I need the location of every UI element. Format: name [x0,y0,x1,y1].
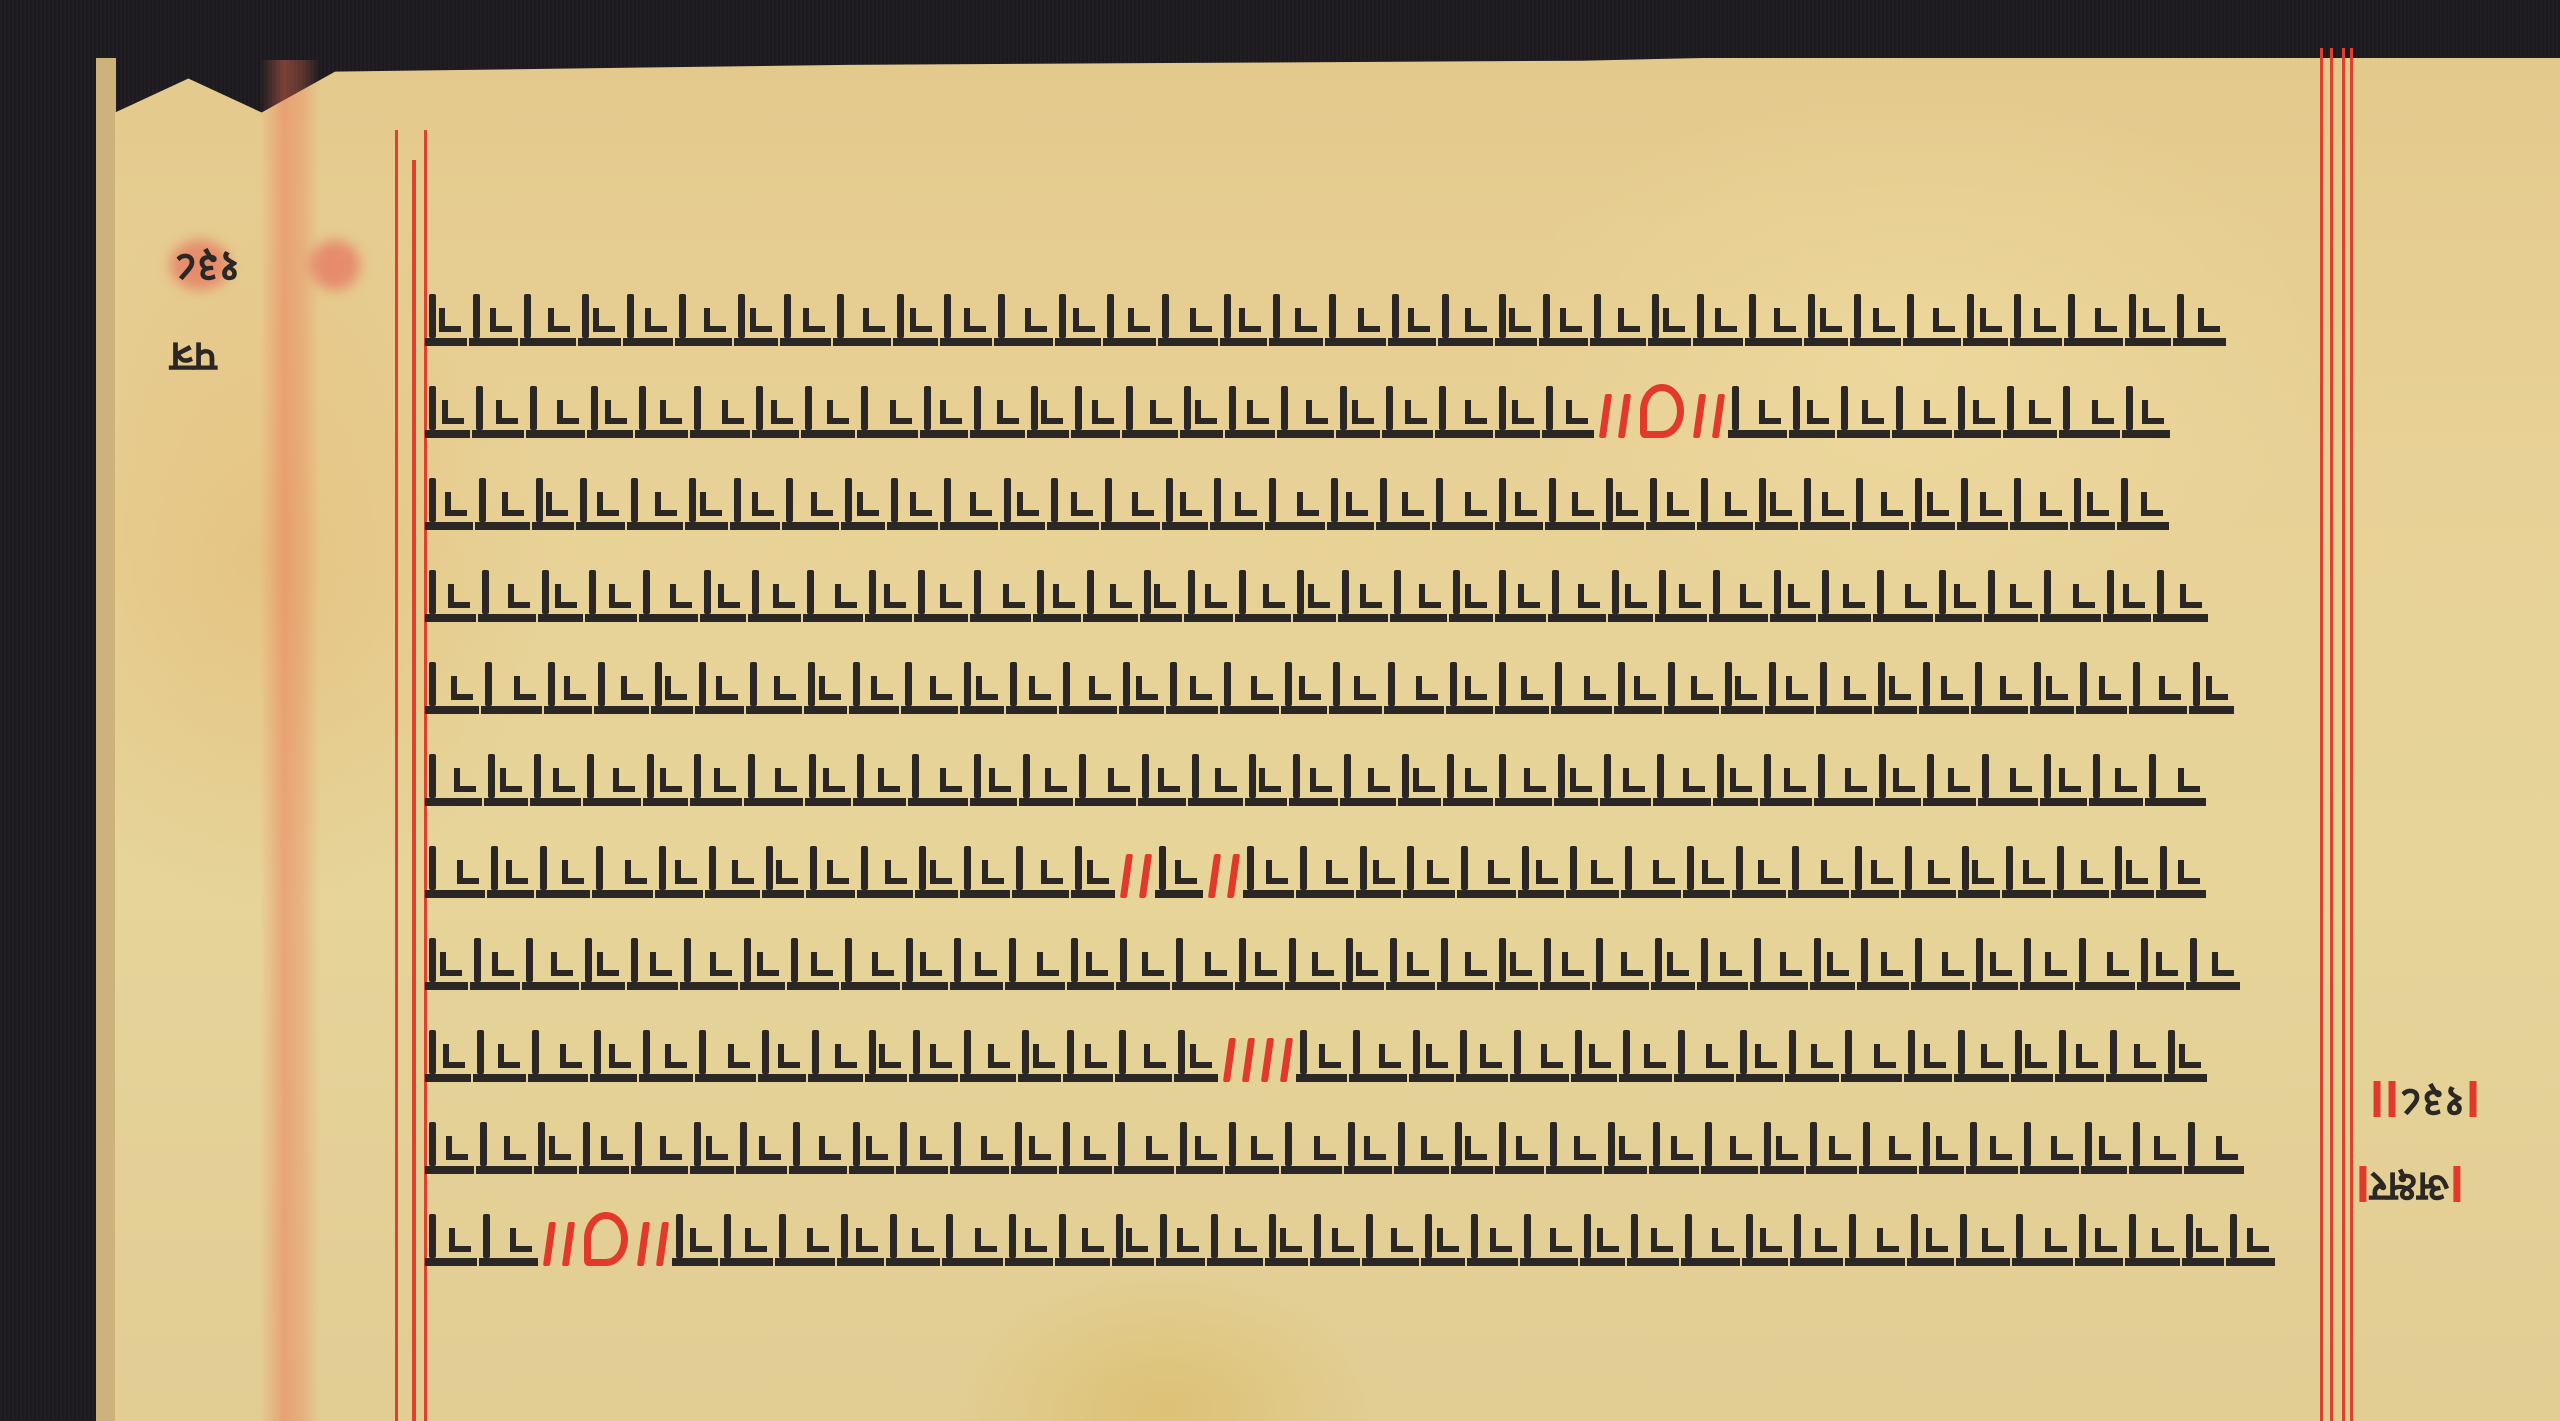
glyph [2040,752,2087,806]
glyph [475,476,530,530]
glyph [746,660,802,714]
glyph [849,1120,894,1174]
glyph [1156,1212,1205,1266]
glyph [1166,660,1218,714]
glyph [893,292,938,346]
glyph [1435,384,1493,438]
glyph [2040,568,2101,622]
glyph [2076,660,2127,714]
glyph [1790,1212,1843,1266]
glyph [1874,660,1917,714]
glyph [534,1120,577,1174]
glyph [1114,1120,1174,1174]
glyph [1788,844,1849,898]
glyph [865,1028,907,1082]
glyph [1005,936,1065,990]
glyph [1327,476,1374,530]
glyph [1495,384,1540,438]
glyph [734,292,778,346]
glyph [1693,292,1743,346]
glyph [425,844,485,898]
glyph [594,660,649,714]
glyph [544,660,592,714]
glyph [675,292,732,346]
glyph [1112,1212,1154,1266]
glyph [1919,1120,1964,1174]
glyph [1901,844,1956,898]
glyph [1277,384,1334,438]
glyph [1907,1212,1954,1266]
paper-edge [96,58,116,1421]
glyph [1602,476,1644,530]
glyph [1540,936,1590,990]
folio-number-right: १३८ [2370,1075,2481,1132]
glyph [1000,476,1045,530]
glyph [2226,1212,2275,1266]
danda-mark [656,1222,669,1266]
glyph [484,752,528,806]
glyph [1325,292,1386,346]
glyph [1984,568,2038,622]
glyph [672,1212,718,1266]
glyph [1067,936,1114,990]
glyph [1957,476,2008,530]
glyph [2156,844,2206,898]
glyph [627,936,678,990]
glyph [1103,292,1156,346]
glyph [695,660,744,714]
glyph [690,1120,734,1174]
glyph [1653,752,1711,806]
glyph [1619,1028,1672,1082]
glyph [857,384,918,438]
glyph [1810,936,1855,990]
glyph [1390,568,1447,622]
glyph [901,660,958,714]
glyph [950,1120,1009,1174]
glyph [627,476,683,530]
glyph [1398,752,1441,806]
glyph [705,844,760,898]
text-line [425,834,2315,898]
glyph [2189,660,2234,714]
glyph [849,660,899,714]
glyph [1911,476,1955,530]
glyph [469,292,518,346]
glyph [1852,476,1909,530]
glyph [680,936,738,990]
glyph [470,936,520,990]
danda-mark [1280,1038,1293,1082]
glyph [639,568,698,622]
glyph [782,476,839,530]
glyph [1055,1212,1110,1266]
glyph [1310,1212,1360,1266]
glyph [579,1120,629,1174]
margin-rule-left-2 [412,160,416,1421]
glyph [1011,1120,1057,1174]
glyph [590,1028,637,1082]
glyph [581,936,625,990]
glyph [425,1212,477,1266]
glyph [1651,936,1695,990]
glyph [1814,752,1873,806]
glyph [1664,660,1719,714]
glyph [1033,568,1081,622]
glyph [536,844,590,898]
glyph [1655,568,1707,622]
glyph [1437,936,1493,990]
glyph [1285,936,1340,990]
glyph [1800,476,1850,530]
glyph [801,384,855,438]
glyph [857,844,913,898]
glyph [1188,752,1243,806]
glyph [1604,1120,1647,1174]
glyph [1850,292,1901,346]
glyph [950,936,1003,990]
glyph [1911,936,1970,990]
glyph [1338,568,1388,622]
glyph [1180,384,1223,438]
glyph [1449,568,1493,622]
glyph [805,752,851,806]
glyph [808,1028,863,1082]
glyph [1019,752,1073,806]
glyph [1571,1028,1617,1082]
glyph [2164,1028,2207,1082]
glyph [1845,1212,1905,1266]
margin-rule-right-2 [2330,48,2333,1421]
glyph [1269,292,1323,346]
margin-rule-right-3 [2342,48,2345,1421]
glyph [1745,292,1802,346]
text-line [425,1018,2315,1082]
danda-mark [543,1222,556,1266]
danda-mark [562,1222,575,1266]
glyph [476,1120,532,1174]
glyph [1220,292,1267,346]
glyph [1956,1212,2010,1266]
glyph [1566,844,1619,898]
glyph [2117,476,2169,530]
glyph [1384,660,1444,714]
glyph [1923,752,1976,806]
glyph [1071,384,1120,438]
text-line [425,466,2315,530]
glyph [1789,384,1835,438]
danda-mark [1618,394,1631,438]
text-line [425,1202,2315,1266]
glyph [865,568,912,622]
glyph [700,568,746,622]
glyph [853,752,906,806]
glyph [1495,752,1552,806]
text-line [425,926,2315,990]
glyph [651,660,693,714]
folio-label-right: अक्षर [2355,1160,2464,1217]
glyph [2173,292,2226,346]
glyph [528,1028,588,1082]
glyph [1457,844,1516,898]
glyph [2081,1120,2127,1174]
glyph [2182,1212,2224,1266]
glyph [425,568,476,622]
glyph [655,844,703,898]
glyph [1765,660,1814,714]
glyph [585,568,637,622]
glyph [837,1212,884,1266]
glyph [2053,844,2109,898]
glyph [1293,568,1336,622]
glyph [2055,1028,2104,1082]
glyph [472,384,524,438]
glyph [1851,844,1899,898]
glyph [425,752,482,806]
glyph [1027,384,1069,438]
glyph [1075,752,1136,806]
glyph [1362,1212,1419,1266]
glyph [1162,476,1208,530]
glyph [1376,476,1430,530]
glyph [1456,1028,1508,1082]
glyph [1438,292,1493,346]
glyph [1837,384,1890,438]
glyph [1122,384,1178,438]
glyph [425,292,467,346]
glyph [1140,568,1182,622]
margin-rule-right-4 [2350,48,2353,1421]
glyph [2184,1120,2244,1174]
glyph [1649,1120,1699,1174]
glyph [1220,660,1279,714]
glyph [775,1212,835,1266]
glyph [1184,568,1233,622]
glyph [1349,1028,1407,1082]
glyph [1592,936,1649,990]
glyph [1018,1028,1061,1082]
glyph [1101,476,1160,530]
glyph [1590,292,1646,346]
glyph [1432,476,1493,530]
glyph [631,1120,688,1174]
glyph [940,292,992,346]
glyph [1243,844,1294,898]
glyph [942,1212,1003,1266]
glyph [748,568,801,622]
danda-mark [1139,854,1152,898]
glyph [762,844,804,898]
text-line [425,650,2315,714]
glyph [1770,568,1816,622]
glyph [1382,384,1433,438]
glyph [1047,476,1099,530]
glyph [2075,1212,2123,1266]
danda-mark [1223,1038,1236,1082]
glyph [1859,1120,1917,1174]
glyph [1674,1028,1734,1082]
glyph [970,384,1025,438]
glyph [1083,568,1138,622]
glyph [1281,1120,1342,1174]
glyph [592,844,653,898]
glyph [804,660,847,714]
glyph [1394,1120,1449,1174]
glyph [1554,752,1598,806]
margin-rule-left-1 [395,130,398,1421]
glyph [1760,752,1812,806]
glyph [915,844,958,898]
glyph [1750,936,1808,990]
glyph [478,568,536,622]
glyph [1451,1120,1493,1174]
glyph [1210,476,1263,530]
glyph [1701,1120,1758,1174]
glyph [520,292,576,346]
glyph [752,384,799,438]
glyph [2106,1028,2162,1082]
glyph [1904,1028,1952,1082]
glyph [530,752,581,806]
glyph [1520,1212,1578,1266]
glyph [1115,1028,1172,1082]
glyph [576,476,625,530]
glyph [2059,384,2120,438]
glyph [2129,1120,2182,1174]
glyph [1225,1120,1279,1174]
glyph [1816,660,1872,714]
glyph [841,936,900,990]
glyph [587,384,633,438]
glyph [1785,1028,1839,1082]
glyph [2089,752,2143,806]
verse-number [1640,384,1684,438]
glyph [425,936,468,990]
danda-mark [1599,394,1612,438]
glyph [578,292,621,346]
glyph [1709,568,1768,622]
glyph [425,384,470,438]
glyph [1005,1212,1053,1266]
glyph [1336,384,1380,438]
glyph [1697,936,1748,990]
glyph [479,1212,538,1266]
glyph [1446,660,1493,714]
glyph [833,292,891,346]
glyph [1329,660,1382,714]
glyph [2075,936,2135,990]
glyph [841,476,885,530]
glyph [886,1212,940,1266]
glyph [1172,936,1233,990]
text-line [425,558,2315,622]
glyph [887,476,938,530]
glyph [1495,936,1538,990]
glyph [2125,1212,2180,1266]
glyph [690,752,742,806]
glyph [1059,660,1117,714]
glyph [526,384,585,438]
glyph [1736,1028,1783,1082]
glyph [1245,752,1287,806]
glyph [1296,844,1354,898]
glyph [2125,292,2171,346]
glyph [473,1028,526,1082]
glyph [2186,936,2240,990]
danda-mark [1227,854,1240,898]
glyph [1495,476,1543,530]
glyph [695,1028,756,1082]
glyph [1875,752,1921,806]
glyph [920,384,968,438]
glyph [1119,660,1164,714]
glyph [2145,752,2206,806]
glyph [2010,292,2062,346]
glyph [623,292,673,346]
glyph [685,476,728,530]
glyph [1421,1212,1465,1266]
glyph [2011,1028,2053,1082]
glyph [1235,568,1291,622]
glyph [1174,1028,1218,1082]
glyph [1235,936,1283,990]
glyph [2020,936,2073,990]
glyph [1621,844,1681,898]
red-mark [310,240,360,290]
glyph [1340,752,1396,806]
glyph [1342,936,1384,990]
glyph [1580,1212,1625,1266]
verse-number [584,1212,628,1266]
glyph [1804,292,1848,346]
glyph [1545,476,1600,530]
glyph [1966,1120,2018,1174]
glyph [1071,844,1115,898]
glyph [425,1028,471,1082]
glyph [1648,292,1691,346]
glyph [522,936,579,990]
danda-mark [1712,394,1725,438]
glyph [1542,384,1594,438]
glyph [690,384,750,438]
glyph [635,384,688,438]
glyph [1818,568,1871,622]
glyph [538,568,583,622]
glyph [740,936,785,990]
om-symbol [1155,844,1203,898]
glyph [1265,476,1325,530]
danda-mark [1261,1038,1274,1082]
glyph [2002,844,2051,898]
glyph [1059,1120,1112,1174]
glyph [1495,568,1546,622]
glyph [1296,1028,1347,1082]
glyph [1600,752,1651,806]
danda-mark [1120,854,1133,898]
glyph [803,568,863,622]
glyph [1935,568,1982,622]
glyph [787,936,839,990]
glyph [1158,292,1218,346]
glyph [1176,1120,1223,1174]
glyph [789,1120,847,1174]
glyph [1721,660,1763,714]
glyph [1963,292,2008,346]
glyph [1958,844,2000,898]
glyph [2020,1120,2079,1174]
glyph [1055,292,1101,346]
glyph [425,660,479,714]
